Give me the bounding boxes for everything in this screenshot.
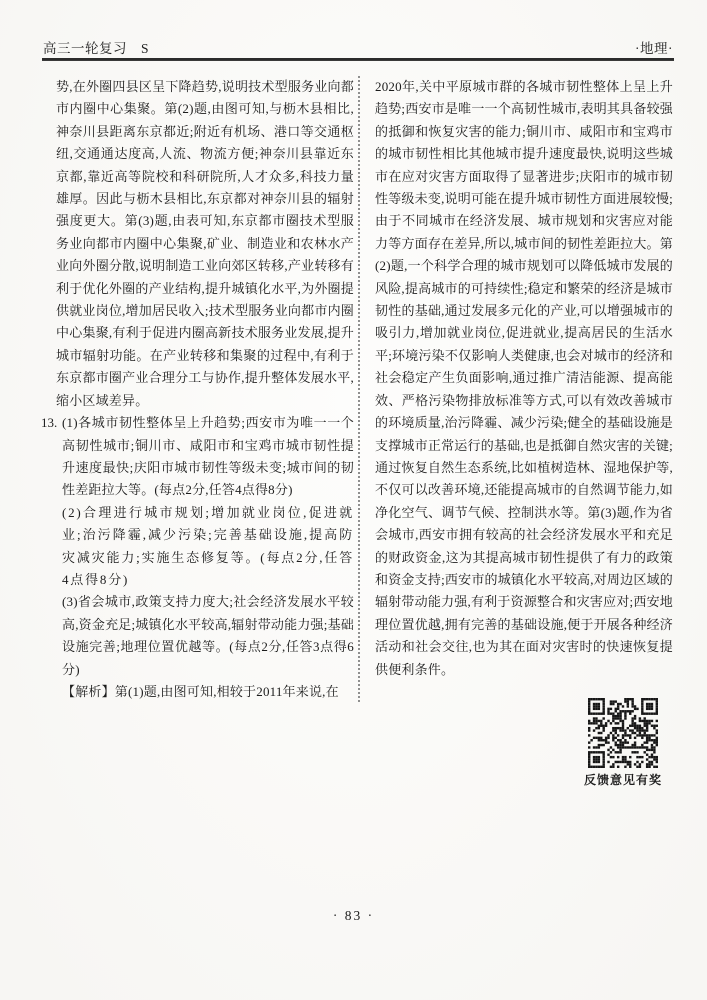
header-subject-label: ·地理· [635, 37, 673, 57]
question-13-block: 13. (1)各城市韧性整体呈上升趋势;西安市为唯一一个高韧性城市;铜川市、咸阳… [62, 412, 354, 703]
paragraph-analysis-continuation: 2020年,关中平原城市群的各城市韧性整体上呈上升趋势;西安市是唯一一个高韧性城… [375, 76, 673, 681]
scanned-page: 高三一轮复习 S ·地理· 势,在外圈四县区呈下降趋势,说明技术型服务业向都市内… [0, 0, 707, 1000]
page-header: 高三一轮复习 S ·地理· [43, 37, 673, 57]
paragraph-answer-12-continuation: 势,在外圈四县区呈下降趋势,说明技术型服务业向都市内圈中心集聚。第(2)题,由图… [56, 76, 354, 412]
qr-caption: 反馈意见有奖 [576, 771, 670, 788]
header-double-rule [42, 58, 674, 61]
text-columns: 势,在外圈四县区呈下降趋势,说明技术型服务业向都市内圈中心集聚。第(2)题,由图… [42, 76, 673, 703]
question-13-answer-2: (2)合理进行城市规划;增加就业岗位,促进就业;治污降霾,减少污染;完善基础设施… [62, 502, 354, 592]
feedback-qr-block: 反馈意见有奖 [576, 698, 670, 788]
page-number: · 83 · [0, 908, 707, 924]
qr-code-icon [588, 698, 658, 768]
question-13-number: 13. [41, 412, 57, 434]
left-column: 势,在外圈四县区呈下降趋势,说明技术型服务业向都市内圈中心集聚。第(2)题,由图… [42, 76, 354, 703]
right-column: 2020年,关中平原城市群的各城市韧性整体上呈上升趋势;西安市是唯一一个高韧性城… [360, 76, 673, 681]
header-course-title: 高三一轮复习 S [43, 37, 149, 57]
question-13-answer-1: (1)各城市韧性整体呈上升趋势;西安市为唯一一个高韧性城市;铜川市、咸阳市和宝鸡… [62, 412, 354, 502]
question-13-analysis-start: 【解析】第(1)题,由图可知,相较于2011年来说,在 [62, 681, 354, 703]
question-13-answer-3: (3)省会城市,政策支持力度大;社会经济发展水平较高,资金充足;城镇化水平较高,… [62, 591, 354, 681]
